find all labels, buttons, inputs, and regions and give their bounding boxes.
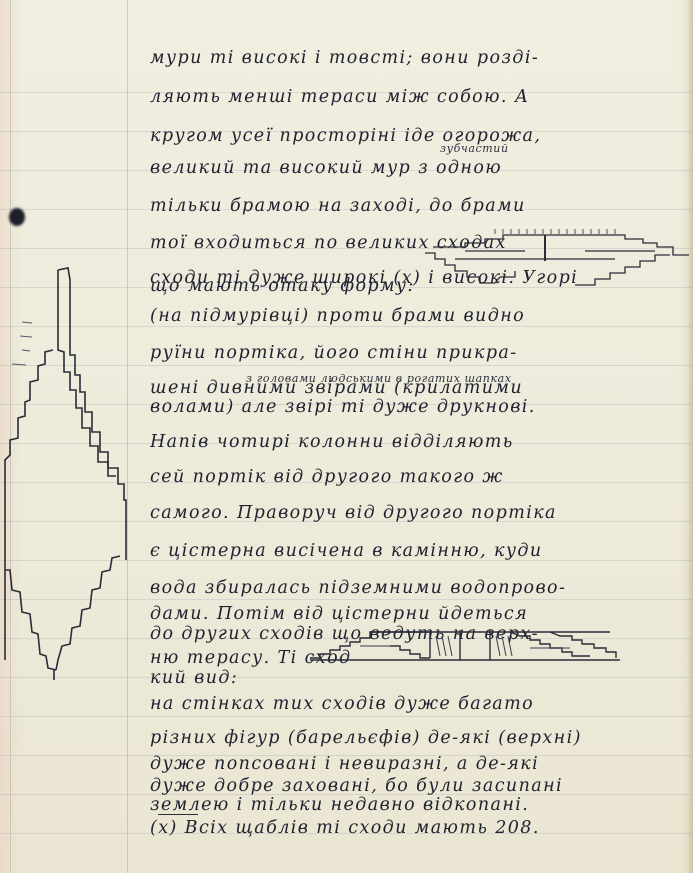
ink-blot [9, 208, 25, 226]
text-line-12: волами) але звірі ті дуже друкнові. [150, 397, 690, 417]
text-line-16: є цістерна висічена в камінню, куди [150, 541, 690, 561]
text-line-3: кругом усеї просторіні іде огорожа, [150, 126, 690, 146]
text-line-22: на стінках тих сходів дуже багато [150, 694, 690, 714]
text-line-26: землею і тільки недавно відкопані. [150, 795, 690, 815]
interlinear-note-1: зубчастий [440, 142, 509, 155]
text-line-13: Напів чотирі колонни відділяють [150, 432, 690, 452]
text-line-15: самого. Праворуч від другого портіка [150, 503, 690, 523]
text-line-2: ляють менші тераси між собою. А [150, 87, 690, 107]
margin-ziggurat-sketch [0, 240, 140, 680]
text-line-17: вода збиралась підземними водопрово- [150, 578, 690, 598]
text-line-10: руїни портіка, його стіни прикра- [150, 343, 690, 363]
footnote-rule [158, 814, 198, 815]
text-line-5: тільки брамою на заході, до брами [150, 196, 690, 216]
manuscript-page: мури ті високі і товсті; вони розді- ляю… [0, 0, 693, 873]
text-line-21: кий вид: [150, 668, 300, 688]
footnote: (x) Всіх щаблів ті сходи мають 208. [150, 818, 690, 838]
text-line-4: великий та високий мур з одною [150, 158, 690, 178]
text-line-23: різних фігур (барельєфів) де-які (верхні… [150, 728, 690, 748]
text-line-14: сей портік від другого такого ж [150, 467, 690, 487]
text-line-9: (на підмурівці) проти брами видно [150, 306, 690, 326]
text-line-25: дуже добре заховані, бо були засипані [150, 776, 690, 796]
upper-terrace-stairs-sketch [310, 628, 620, 662]
text-line-18: дами. Потім від цістерни йдеться [150, 604, 690, 624]
text-line-1: мури ті високі і товсті; вони розді- [150, 48, 690, 68]
interlinear-note-2: з головами людськими в рогатих шапках [246, 372, 512, 385]
ruled-line [0, 716, 693, 717]
text-line-8: сходи ті дуже широкі (x) і високі. Угорі [150, 268, 690, 288]
text-line-24: дуже попсовані і невиразні, а де-які [150, 754, 690, 774]
